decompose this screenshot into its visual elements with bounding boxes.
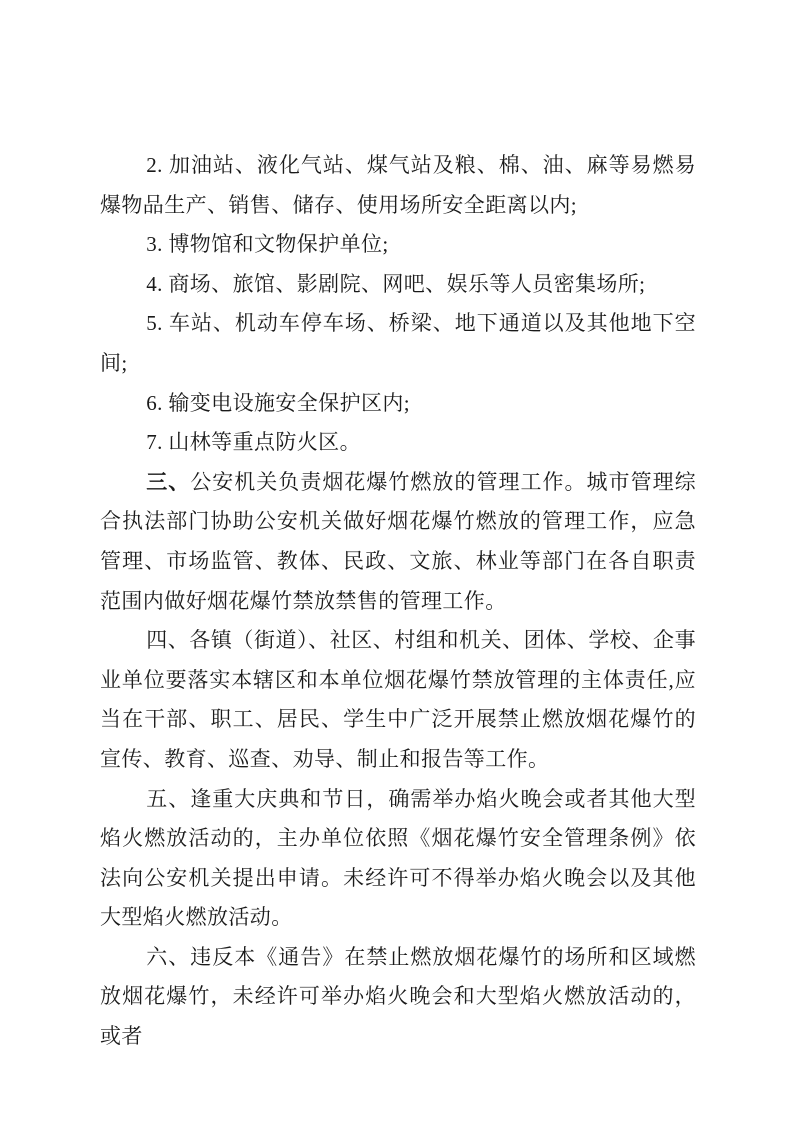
list-item-7: 7. 山林等重点防火区。 <box>100 423 696 463</box>
item-text: 3. 博物馆和文物保护单位; <box>146 232 388 256</box>
section-5-paragraph: 五、逢重大庆典和节日，确需举办焰火晚会或者其他大型焰火燃放活动的，主办单位依照《… <box>100 780 696 938</box>
section-text: 五、逢重大庆典和节日，确需举办焰火晚会或者其他大型焰火燃放活动的，主办单位依照《… <box>100 787 696 930</box>
section-3-paragraph: 三、公安机关负责烟花爆竹燃放的管理工作。城市管理综合执法部门协助公安机关做好烟花… <box>100 463 696 621</box>
list-item-6: 6. 输变电设施安全保护区内; <box>100 384 696 424</box>
list-item-3: 3. 博物馆和文物保护单位; <box>100 225 696 265</box>
section-text: 公安机关负责烟花爆竹燃放的管理工作。城市管理综合执法部门协助公安机关做好烟花爆竹… <box>100 470 696 613</box>
section-number: 三、 <box>146 470 190 494</box>
document-page: 2. 加油站、液化气站、煤气站及粮、棉、油、麻等易燃易爆物品生产、销售、储存、使… <box>0 0 793 1122</box>
item-text: 5. 车站、机动车停车场、桥梁、地下通道以及其他地下空间; <box>100 311 696 375</box>
section-4-paragraph: 四、各镇（街道）、社区、村组和机关、团体、学校、企事业单位要落实本辖区和本单位烟… <box>100 621 696 779</box>
item-text: 4. 商场、旅馆、影剧院、网吧、娱乐等人员密集场所; <box>146 272 645 296</box>
item-text: 6. 输变电设施安全保护区内; <box>146 391 410 415</box>
list-item-2: 2. 加油站、液化气站、煤气站及粮、棉、油、麻等易燃易爆物品生产、销售、储存、使… <box>100 146 696 225</box>
document-body: 2. 加油站、液化气站、煤气站及粮、棉、油、麻等易燃易爆物品生产、销售、储存、使… <box>100 146 696 1057</box>
item-text: 7. 山林等重点防火区。 <box>146 430 361 454</box>
section-text: 四、各镇（街道）、社区、村组和机关、团体、学校、企事业单位要落实本辖区和本单位烟… <box>100 628 696 771</box>
list-item-5: 5. 车站、机动车停车场、桥梁、地下通道以及其他地下空间; <box>100 304 696 383</box>
section-text: 六、违反本《通告》在禁止燃放烟花爆竹的场所和区域燃放烟花爆竹，未经许可举办焰火晚… <box>100 945 696 1048</box>
section-6-paragraph: 六、违反本《通告》在禁止燃放烟花爆竹的场所和区域燃放烟花爆竹，未经许可举办焰火晚… <box>100 938 696 1057</box>
item-text: 2. 加油站、液化气站、煤气站及粮、棉、油、麻等易燃易爆物品生产、销售、储存、使… <box>100 153 696 217</box>
list-item-4: 4. 商场、旅馆、影剧院、网吧、娱乐等人员密集场所; <box>100 265 696 305</box>
